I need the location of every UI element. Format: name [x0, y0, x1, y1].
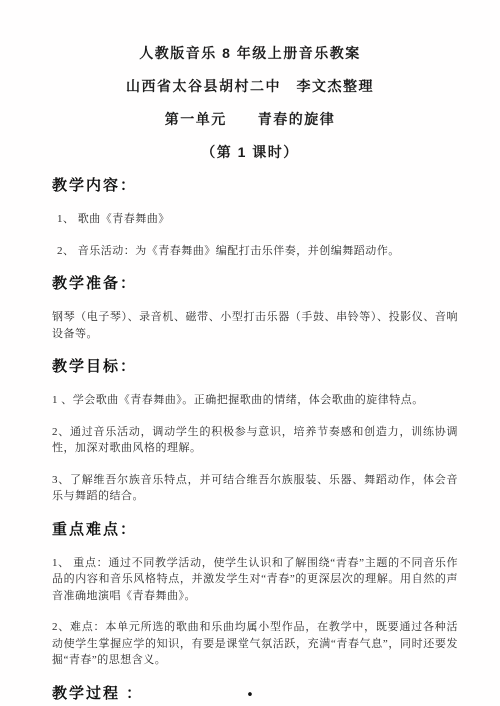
section-heading-key-difficult-points: 重点难点： [52, 520, 458, 540]
paragraph-goal-2: 2、通过音乐活动，调动学生的积极参与意识，培养节奏感和创造力，训练协调性，加深对… [52, 424, 458, 457]
doc-title-main: 人教版音乐 8 年级上册音乐教案 [42, 44, 458, 62]
paragraph-preparation: 钢琴（电子琴）、录音机、磁带、小型打击乐器（手鼓、串铃等）、投影仪、音响设备等。 [52, 309, 458, 342]
title-block: 人教版音乐 8 年级上册音乐教案 山西省太谷县胡村二中 李文杰整理 第一单元 青… [52, 44, 458, 161]
doc-title-school-author: 山西省太谷县胡村二中 李文杰整理 [42, 77, 458, 95]
paragraph-content-item-2: 2、 音乐活动：为《青春舞曲》编配打击乐伴奏，并创编舞蹈动作。 [52, 243, 458, 260]
section-teaching-content: 教学内容： 1、 歌曲《青春舞曲》 2、 音乐活动：为《青春舞曲》编配打击乐伴奏… [52, 176, 458, 259]
paragraph-goal-3: 3、了解维吾尔族音乐特点，并可结合维吾尔族服装、乐器、舞蹈动作，体会音乐与舞蹈的… [52, 472, 458, 505]
section-teaching-goals: 教学目标： 1 、学会歌曲《青春舞曲》。正确把握歌曲的情绪，体会歌曲的旋律特点。… [52, 357, 458, 505]
document-page: 人教版音乐 8 年级上册音乐教案 山西省太谷县胡村二中 李文杰整理 第一单元 青… [0, 0, 500, 706]
section-teaching-preparation: 教学准备： 钢琴（电子琴）、录音机、磁带、小型打击乐器（手鼓、串铃等）、投影仪、… [52, 274, 458, 342]
doc-title-unit: 第一单元 青春的旋律 [42, 110, 458, 128]
section-key-difficult-points: 重点难点： 1、 重点：通过不同教学活动，使学生认识和了解围绕“青春”主题的不同… [52, 520, 458, 669]
page-marker-dot: • [0, 689, 500, 702]
paragraph-key-point: 1、 重点：通过不同教学活动，使学生认识和了解围绕“青春”主题的不同音乐作品的内… [52, 555, 458, 605]
section-heading-teaching-content: 教学内容： [52, 176, 458, 196]
paragraph-content-item-1: 1、 歌曲《青春舞曲》 [52, 211, 458, 228]
section-heading-teaching-preparation: 教学准备： [52, 274, 458, 294]
paragraph-goal-1: 1 、学会歌曲《青春舞曲》。正确把握歌曲的情绪，体会歌曲的旋律特点。 [52, 392, 458, 409]
doc-title-lesson-number: （第 1 课时） [42, 143, 458, 161]
paragraph-difficult-point: 2、难点：本单元所选的歌曲和乐曲均属小型作品，在教学中，既要通过各种活动使学生掌… [52, 619, 458, 669]
section-heading-teaching-goals: 教学目标： [52, 357, 458, 377]
